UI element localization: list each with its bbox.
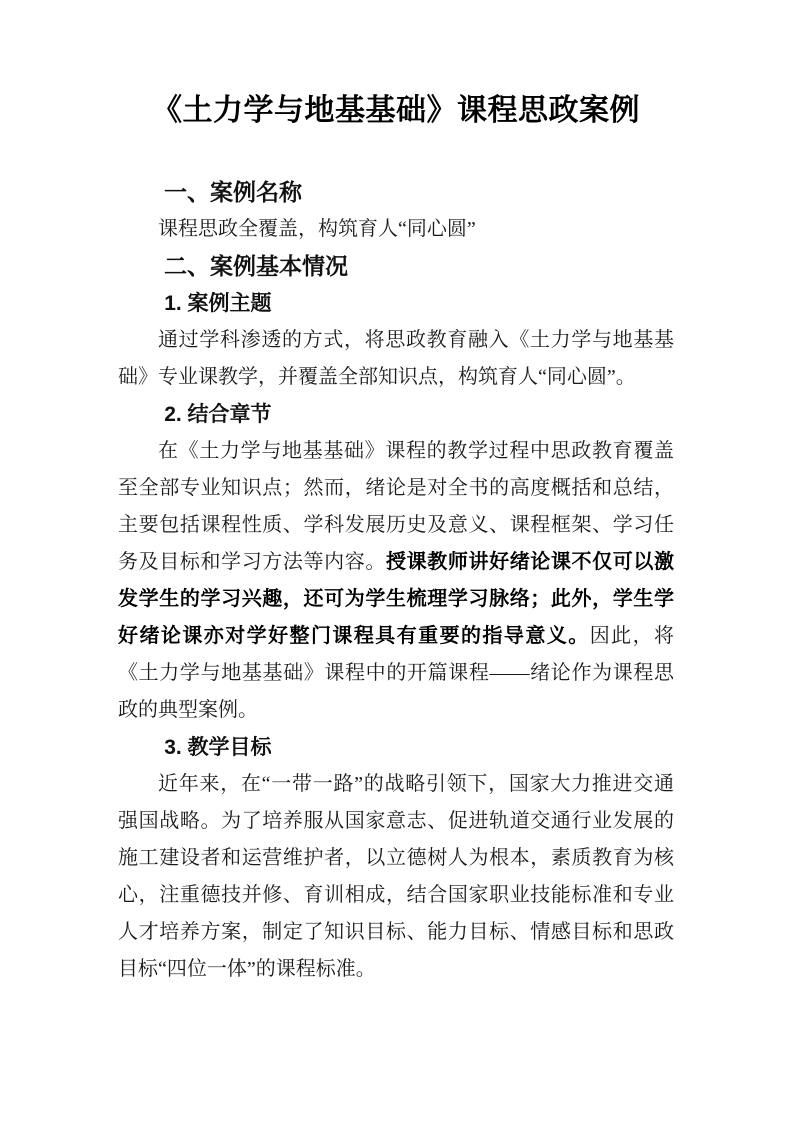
paragraph-case-theme: 通过学科渗透的方式，将思政教育融入《土力学与地基基础》专业课教学，并覆盖全部知识… <box>118 322 674 396</box>
section-heading-case-name: 一、案例名称 <box>118 174 674 211</box>
paragraph-related-chapters: 在《土力学与地基基础》课程的教学过程中思政教育覆盖至全部专业知识点；然而，绪论是… <box>118 433 674 729</box>
document-title: 《土力学与地基基础》课程思政案例 <box>118 88 674 134</box>
subheading-related-chapters: 2. 结合章节 <box>118 396 674 433</box>
subheading-teaching-objectives: 3. 教学目标 <box>118 729 674 766</box>
case-name-text: 课程思政全覆盖，构筑育人“同心圆” <box>118 211 674 248</box>
subheading-case-theme: 1. 案例主题 <box>118 285 674 322</box>
paragraph-teaching-objectives: 近年来，在“一带一路”的战略引领下，国家大力推进交通强国战略。为了培养服从国家意… <box>118 766 674 988</box>
section-heading-basic-info: 二、案例基本情况 <box>118 248 674 285</box>
document-page: 《土力学与地基基础》课程思政案例 一、案例名称 课程思政全覆盖，构筑育人“同心圆… <box>0 0 794 1123</box>
